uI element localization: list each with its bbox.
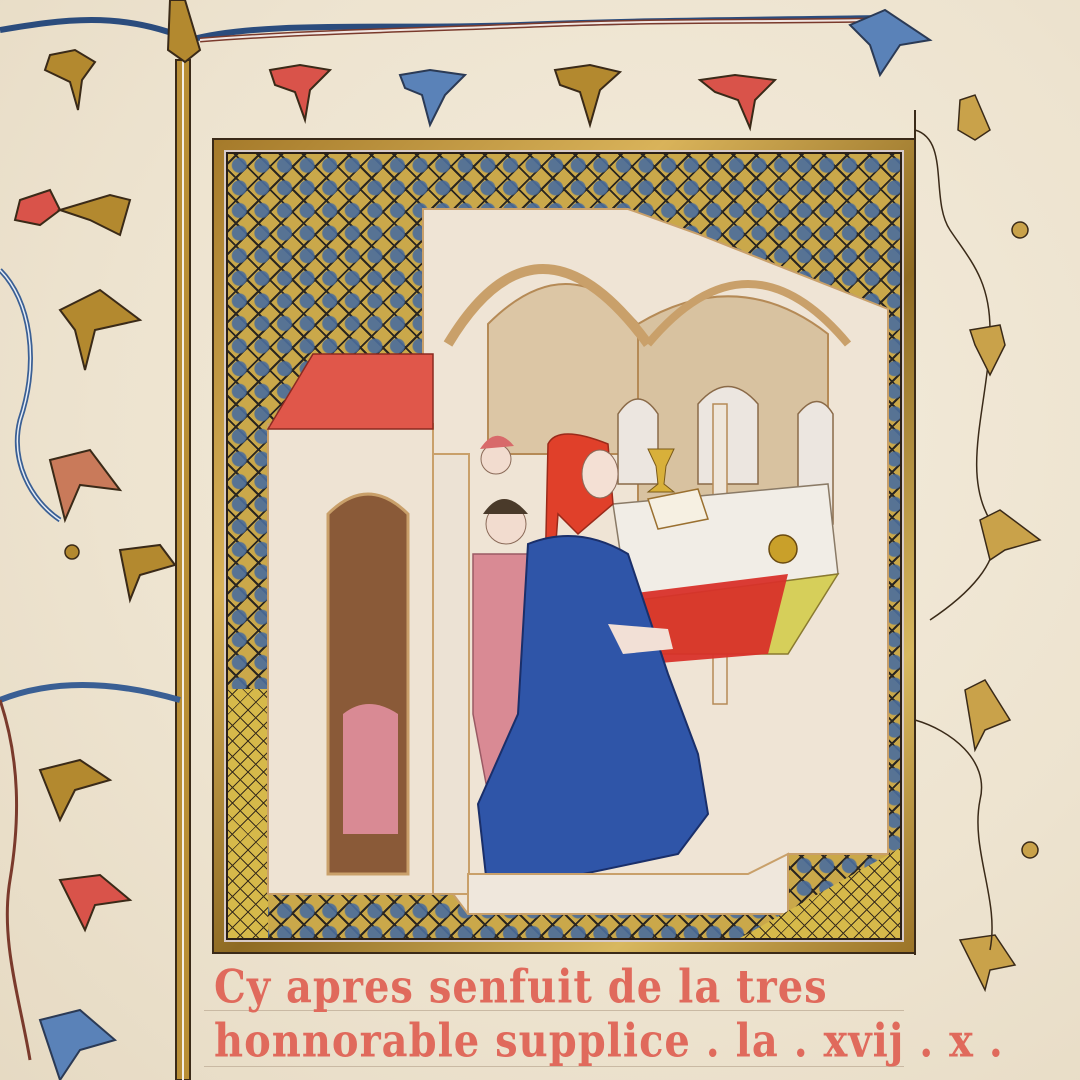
- rubric-line-2: honnorable supplice . la . xvij . x .: [214, 1014, 1004, 1068]
- ivy-leaf-gold-icon: [45, 50, 95, 110]
- rubric-line-1: Cy apres senfuit de la tres: [214, 960, 828, 1014]
- painting-field: [226, 152, 902, 940]
- ivy-leaf-red-icon: [270, 65, 775, 128]
- red-tiled-roof: [268, 354, 433, 429]
- chapel-scene: [228, 154, 900, 938]
- rubric-caption: Cy apres senfuit de la tres honnorable s…: [204, 958, 904, 1080]
- miniature-painting: [212, 138, 916, 954]
- ivy-leaf-gold-icon: [168, 0, 620, 125]
